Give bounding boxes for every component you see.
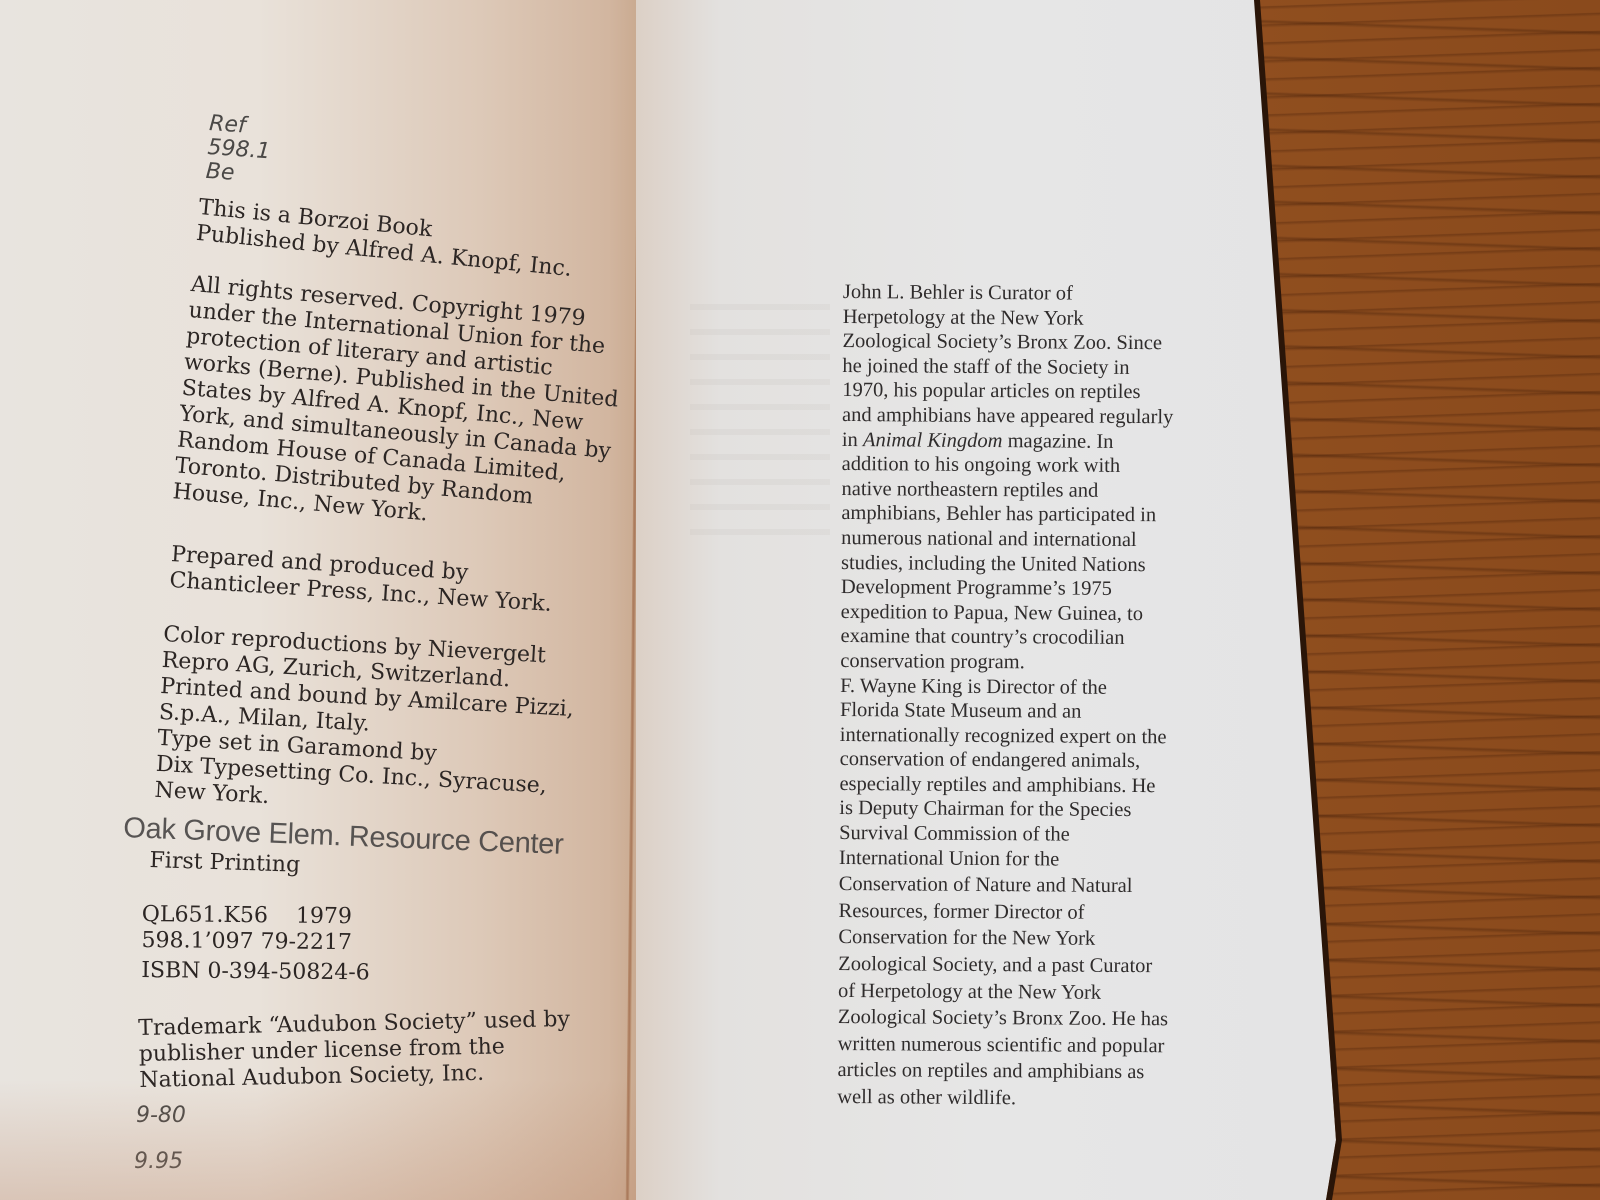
bio-line: Zoological Society’s Bronx Zoo. Since [842, 329, 1282, 357]
dewey-number: 598.1’097 79-2217 [141, 928, 370, 956]
bio-line: Conservation for the New York [838, 925, 1278, 953]
bio-line: expedition to Papua, New Guinea, to [841, 600, 1281, 628]
borzoi-imprint: This is a Borzoi Book Published by Alfre… [195, 195, 575, 283]
production-credits: Color reproductions by Nievergelt Repro … [154, 622, 577, 827]
bio-line: especially reptiles and amphibians. He [839, 772, 1279, 800]
bio-line: F. Wayne King is Director of the [840, 673, 1280, 701]
bio-line: Conservation of Nature and Natural [839, 872, 1279, 900]
bio-line: Development Programme’s 1975 [841, 575, 1281, 603]
lc-call-number: QL651.K56 1979 [142, 902, 371, 930]
bio-line: Survival Commission of the [839, 821, 1279, 849]
bio-line: International Union for the [839, 846, 1279, 874]
isbn: ISBN 0-394-50824-6 [141, 958, 370, 986]
bio-line: Florida State Museum and an [840, 698, 1280, 726]
left-page: Ref 598.1 Be This is a Borzoi Book Publi… [0, 0, 640, 1200]
bio-line: well as other wildlife. [837, 1085, 1277, 1113]
printing-edition: First Printing [149, 848, 300, 879]
bio-line: Zoological Society’s Bronx Zoo. He has [838, 1005, 1278, 1033]
bio-text: in [842, 429, 863, 451]
magazine-title: Animal Kingdom [863, 429, 1003, 452]
bio-line: Resources, former Director of [839, 899, 1279, 927]
catalog-numbers: QL651.K56 1979 598.1’097 79-2217 ISBN 0-… [141, 902, 370, 986]
bio-line: is Deputy Chairman for the Species [839, 796, 1279, 824]
bio-line: and amphibians have appeared regularly [842, 403, 1282, 431]
bio-king: F. Wayne King is Director of the Florida… [837, 673, 1280, 1112]
bio-line: amphibians, Behler has participated in [841, 501, 1281, 529]
trademark-notice: Trademark “Audubon Society” used by publ… [138, 1007, 571, 1094]
prepared-by: Prepared and produced by Chanticleer Pre… [169, 542, 554, 618]
bio-text: magazine. In [1002, 430, 1113, 453]
bio-behler: John L. Behler is Curator of Herpetology… [840, 280, 1283, 677]
bio-line: addition to his ongoing work with [842, 452, 1282, 480]
author-biographies: John L. Behler is Curator of Herpetology… [837, 280, 1283, 1113]
handwritten-price: 9.95 [134, 1150, 183, 1174]
copyright-notice: All rights reserved. Copyright 1979 unde… [172, 272, 627, 543]
bio-line: native northeastern reptiles and [841, 477, 1281, 505]
bio-line: numerous national and international [841, 526, 1281, 554]
bio-line: of Herpetology at the New York [838, 979, 1278, 1007]
bio-line: internationally recognized expert on the [840, 723, 1280, 751]
bio-line: conservation of endangered animals, [840, 747, 1280, 775]
bio-line: Herpetology at the New York [843, 305, 1283, 333]
bio-line: in Animal Kingdom magazine. In [842, 428, 1282, 456]
bio-line: 1970, his popular articles on reptiles [842, 378, 1282, 406]
show-through-text [690, 290, 830, 550]
bio-line: John L. Behler is Curator of [843, 280, 1283, 308]
bio-line: studies, including the United Nations [841, 551, 1281, 579]
handwritten-call-number: Ref 598.1 Be [205, 112, 273, 188]
bio-line: articles on reptiles and amphibians as [837, 1058, 1277, 1086]
bio-line: written numerous scientific and popular [838, 1032, 1278, 1060]
bio-line: examine that country’s crocodilian [840, 624, 1280, 652]
bio-line: conservation program. [840, 649, 1280, 677]
bio-line: he joined the staff of the Society in [842, 354, 1282, 382]
handwritten-date: 9-80 [136, 1104, 186, 1128]
call-number-line: Be [205, 160, 270, 188]
bio-line: Zoological Society, and a past Curator [838, 952, 1278, 980]
